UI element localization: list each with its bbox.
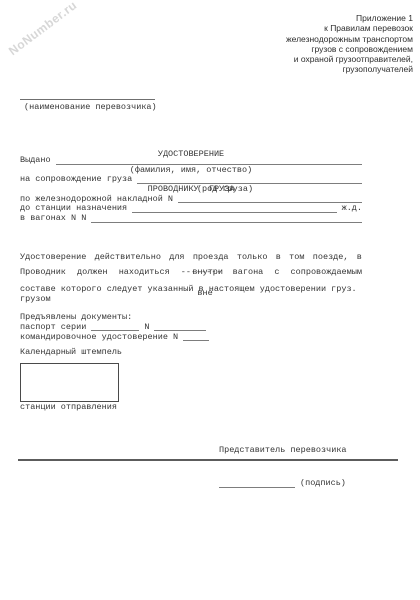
documents-title: Предъявлены документы: bbox=[20, 312, 132, 322]
wagon-numbers-line bbox=[91, 214, 362, 223]
conductor-position-row: Проводник должен находиться -------- ваг… bbox=[20, 268, 362, 278]
appendix-header: Приложение 1к Правилам перевозокжелезнод… bbox=[286, 13, 413, 75]
railway-suffix: ж.д. bbox=[342, 204, 362, 214]
signature-row: (подпись) bbox=[219, 478, 365, 489]
issued-to-line bbox=[56, 156, 362, 165]
travel-label: командировочное удостоверение N bbox=[20, 332, 178, 342]
cargo-escort-row: на сопровождение груза bbox=[20, 175, 362, 185]
destination-station-line bbox=[132, 204, 336, 213]
signature-section: Представитель перевозчика (подпись) bbox=[219, 423, 365, 511]
cargo-tail-word: грузом bbox=[20, 295, 51, 305]
form-fields: Выдано (фамилия, имя, отчество) на сопро… bbox=[20, 156, 362, 224]
outside-label: вне bbox=[40, 288, 212, 298]
list-item: грузополучателей bbox=[286, 64, 413, 74]
word: должен bbox=[77, 268, 108, 278]
documents-title-row: Предъявлены документы: bbox=[20, 312, 362, 322]
list-item: грузов с сопровождением bbox=[286, 44, 413, 54]
waybill-number-line bbox=[178, 195, 362, 204]
passport-series-line bbox=[91, 322, 139, 331]
list-item: и охраной грузоотправителей, bbox=[286, 54, 413, 64]
travel-certificate-number-line bbox=[183, 332, 209, 341]
watermark-text: NoNumber.ru bbox=[6, 0, 80, 58]
carrier-caption: (наименование перевозчика) bbox=[24, 103, 157, 113]
list-item: железнодорожным транспортом bbox=[286, 34, 413, 44]
passport-no-label: N bbox=[144, 322, 149, 332]
word: сопровождаемым bbox=[291, 268, 362, 278]
passport-label: паспорт серии bbox=[20, 322, 86, 332]
passport-row: паспорт серии N bbox=[20, 322, 362, 332]
word: Проводник bbox=[20, 268, 66, 278]
carrier-name-line bbox=[20, 92, 155, 100]
wagons-label: в вагонах N N bbox=[20, 214, 86, 224]
signature-caption: (подпись) bbox=[300, 478, 346, 489]
stamp-title: Календарный штемпель bbox=[20, 348, 122, 358]
travel-certificate-row: командировочное удостоверение N bbox=[20, 332, 362, 342]
word: находиться bbox=[119, 268, 170, 278]
documents-section: Предъявлены документы: паспорт серии N к… bbox=[20, 312, 362, 342]
signature-line bbox=[219, 478, 295, 488]
stamp-caption: станции отправления bbox=[20, 403, 117, 413]
carrier-representative-label: Представитель перевозчика bbox=[219, 445, 365, 456]
list-item: Приложение 1 bbox=[286, 13, 413, 23]
passport-number-line bbox=[154, 322, 206, 331]
escort-label: на сопровождение груза bbox=[20, 175, 132, 185]
bottom-divider bbox=[18, 459, 398, 461]
cargo-type-line bbox=[137, 175, 362, 184]
issued-label: Выдано bbox=[20, 156, 51, 166]
list-item: к Правилам перевозок bbox=[286, 23, 413, 33]
position-option-outside: вне bbox=[20, 279, 362, 308]
word: с bbox=[274, 268, 279, 278]
fraction-dashes: -------- bbox=[181, 268, 222, 278]
document-page: NoNumber.ru Приложение 1к Правилам перев… bbox=[0, 0, 420, 600]
wagons-row: в вагонах N N bbox=[20, 214, 362, 224]
calendar-stamp-box bbox=[20, 363, 119, 402]
word: вагона bbox=[233, 268, 264, 278]
